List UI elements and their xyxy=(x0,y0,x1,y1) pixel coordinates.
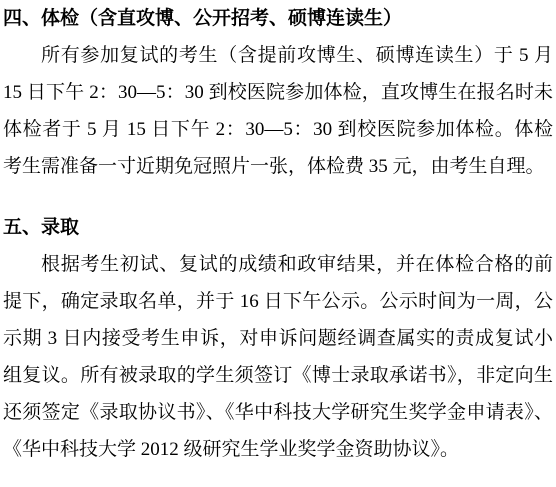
document-content: 四、体检（含直攻博、公开招考、硕博连读生） 所有参加复试的考生（含提前攻博生、硕… xyxy=(3,0,553,468)
section-4-body: 所有参加复试的考生（含提前攻博生、硕博连读生）于 5 月 15 日下午 2：30… xyxy=(3,37,553,185)
document-page: 四、体检（含直攻博、公开招考、硕博连读生） 所有参加复试的考生（含提前攻博生、硕… xyxy=(0,0,556,487)
section-admission: 五、录取 根据考生初试、复试的成绩和政审结果，并在体检合格的前提下，确定录取名单… xyxy=(3,209,553,468)
section-5-body: 根据考生初试、复试的成绩和政审结果，并在体检合格的前提下，确定录取名单，并于 1… xyxy=(3,246,553,468)
section-5-heading: 五、录取 xyxy=(3,209,553,246)
section-4-heading: 四、体检（含直攻博、公开招考、硕博连读生） xyxy=(3,0,553,37)
section-physical-exam: 四、体检（含直攻博、公开招考、硕博连读生） 所有参加复试的考生（含提前攻博生、硕… xyxy=(3,0,553,185)
